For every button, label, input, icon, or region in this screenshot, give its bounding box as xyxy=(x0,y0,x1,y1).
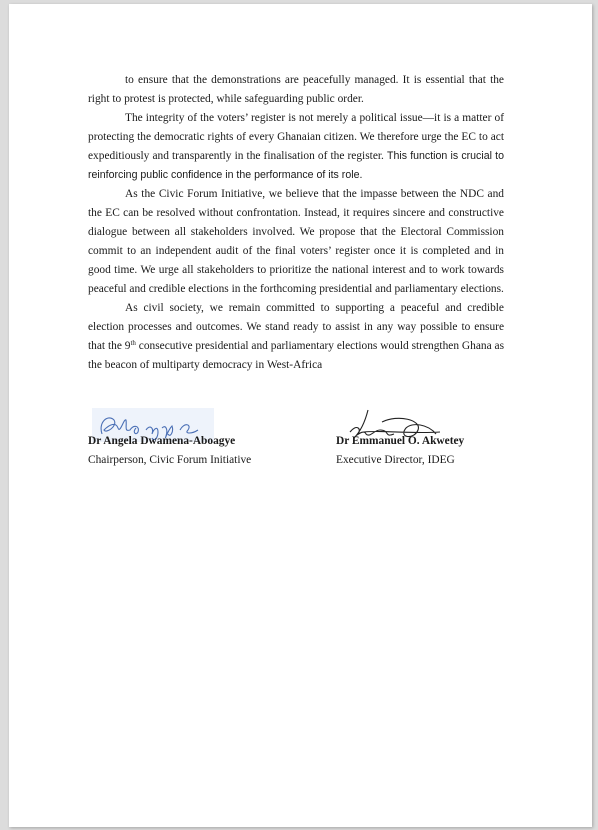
paragraph-p3: As the Civic Forum Initiative, we believ… xyxy=(88,185,504,299)
signatory-title: Chairperson, Civic Forum Initiative xyxy=(88,451,251,470)
paragraph-text: consecutive presidential and parliamenta… xyxy=(88,340,504,371)
document-body: to ensure that the demonstrations are pe… xyxy=(88,71,504,375)
signatory-title: Executive Director, IDEG xyxy=(336,451,464,470)
paragraph-p2: The integrity of the voters’ register is… xyxy=(88,109,504,185)
paragraph-text: As the Civic Forum Initiative, we believ… xyxy=(88,188,504,295)
signatory-emmanuel: Dr Emmanuel O. Akwetey Executive Directo… xyxy=(336,432,464,470)
paragraph-p1: to ensure that the demonstrations are pe… xyxy=(88,71,504,109)
paragraph-p4: As civil society, we remain committed to… xyxy=(88,299,504,375)
paragraph-text: to ensure that the demonstrations are pe… xyxy=(88,74,504,105)
signatory-name: Dr Emmanuel O. Akwetey xyxy=(336,432,464,451)
signatory-angela: Dr Angela Dwamena-Aboagye Chairperson, C… xyxy=(88,432,251,470)
signatory-name: Dr Angela Dwamena-Aboagye xyxy=(88,432,251,451)
